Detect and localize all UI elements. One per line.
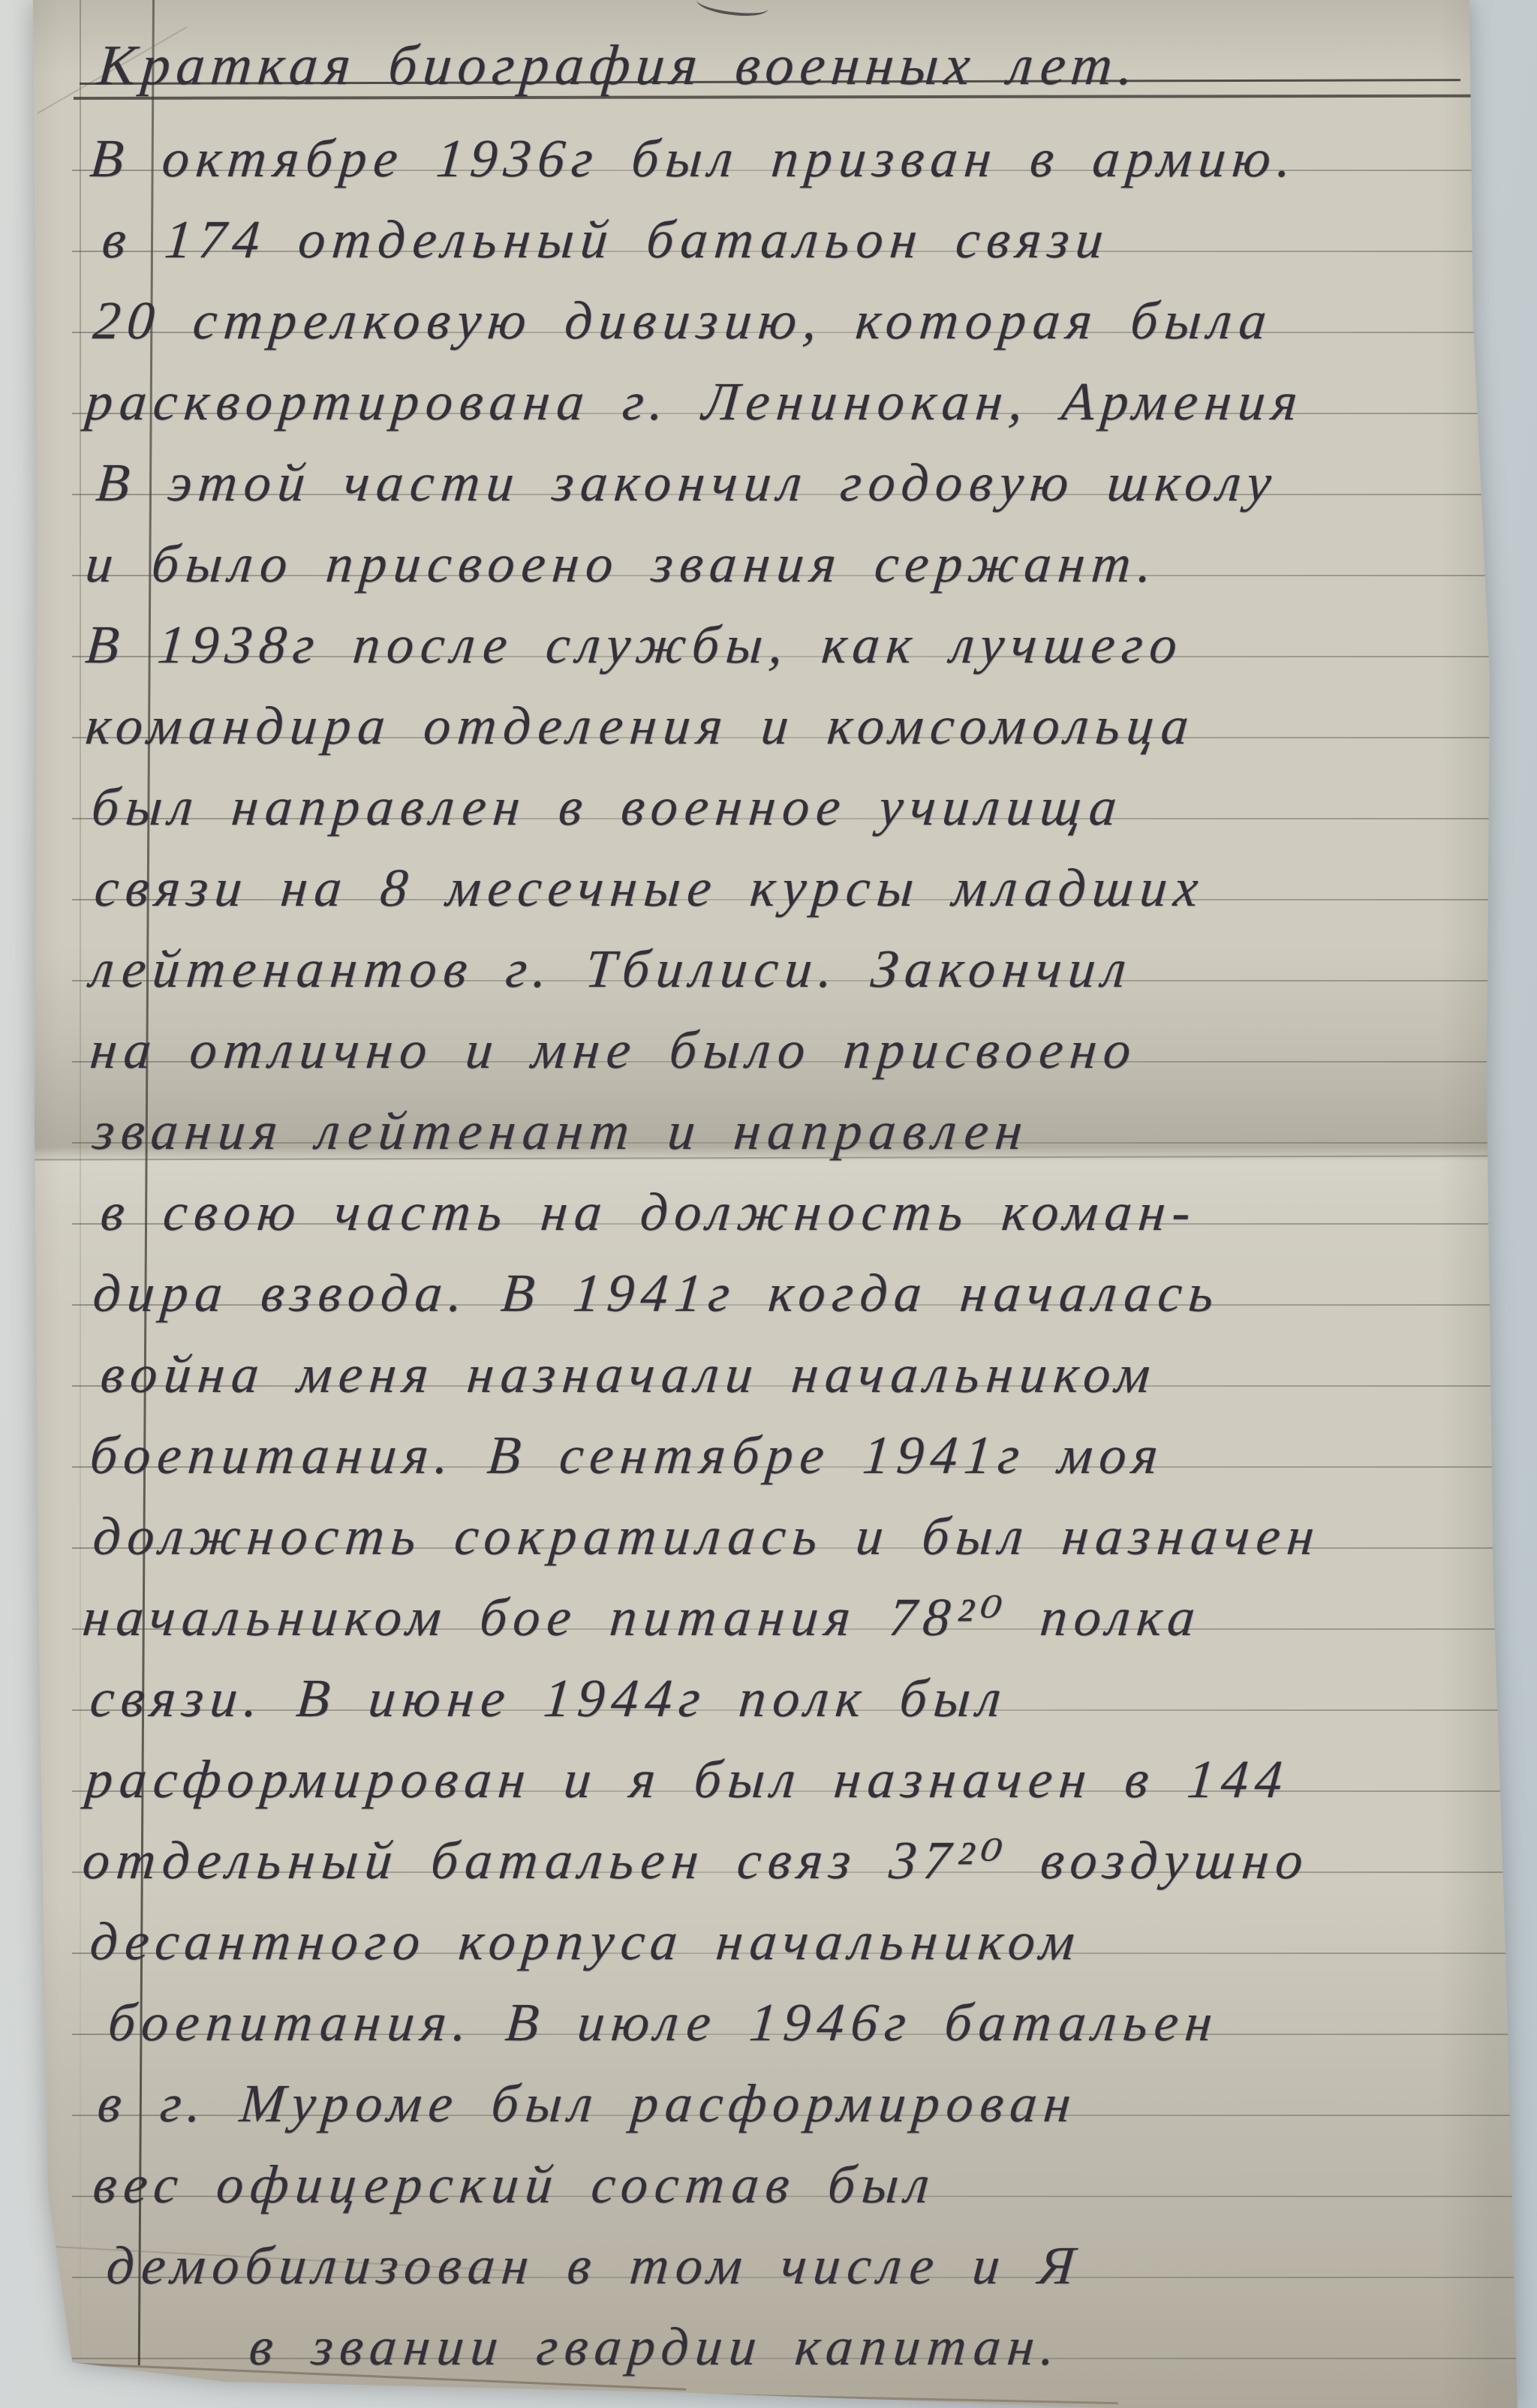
handwritten-line-9: был направлен в военное училища bbox=[90, 768, 1126, 828]
handwritten-line-2: в 174 отдельный батальон связи bbox=[101, 201, 1113, 261]
handwritten-line-12: на отлично и мне было присвоено bbox=[89, 1012, 1141, 1072]
handwritten-line-6: и было присвоено звания сержант. bbox=[84, 525, 1162, 585]
handwritten-line-7: В 1938г после службы, как лучшего bbox=[84, 606, 1187, 666]
handwritten-line-5: В этой части закончил годовую школу bbox=[95, 444, 1281, 504]
handwritten-line-24: боепитания. В июле 1946г батальен bbox=[107, 1984, 1222, 2044]
handwritten-line-4: расквортирована г. Ленинокан, Армения bbox=[84, 363, 1307, 423]
handwritten-line-26: вес офицерский состав был bbox=[92, 2146, 939, 2206]
handwritten-line-22: отдельный батальен связ 37²⁰ воздушно bbox=[81, 1822, 1313, 1882]
notebook-page: Краткая биография военных лет. В октябре… bbox=[0, 0, 1537, 2408]
handwritten-line-18: должность сократилась и был назначен bbox=[92, 1498, 1324, 1558]
torn-bottom-edge bbox=[218, 2383, 1118, 2404]
paper-shadow-wrap: Краткая биография военных лет. В октябре… bbox=[0, 0, 1537, 2408]
handwritten-line-13: звания лейтенант и направлен bbox=[92, 1093, 1032, 1153]
handwritten-line-8: командира отделения и комсомольца bbox=[84, 687, 1199, 747]
handwritten-line-17: боепитания. В сентябре 1941г моя bbox=[89, 1417, 1168, 1477]
handwritten-line-19: начальником бое питания 78²⁰ полка bbox=[81, 1579, 1205, 1639]
handwritten-line-14: в свою часть на должность коман- bbox=[99, 1174, 1200, 1234]
photo-of-handwritten-page: Краткая биография военных лет. В октябре… bbox=[0, 0, 1537, 2408]
handwritten-line-16: война меня назначали начальником bbox=[99, 1336, 1160, 1396]
left-page-crease bbox=[80, 0, 81, 2356]
handwritten-line-25: в г. Муроме был расформирован bbox=[96, 2065, 1081, 2125]
handwritten-line-1: В октябре 1936г был призван в армию. bbox=[89, 120, 1301, 180]
handwritten-line-20: связи. В июне 1944г полк был bbox=[89, 1660, 1011, 1720]
handwritten-line-27: демобилизован в том числе и Я bbox=[105, 2227, 1084, 2287]
handwritten-line-23: десантного корпуса начальником bbox=[89, 1903, 1084, 1963]
handwritten-line-10: связи на 8 месечные курсы младших bbox=[93, 849, 1208, 909]
cut-off-ink-stroke bbox=[696, 0, 770, 20]
handwritten-line-21: расформирован и я был назначен в 144 bbox=[84, 1741, 1292, 1801]
page-title: Краткая биография военных лет. bbox=[96, 27, 1142, 87]
handwritten-line-11: лейтенантов г. Тбилиси. Закончил bbox=[89, 930, 1136, 991]
handwritten-line-3: 20 стрелковую дивизию, которая была bbox=[92, 282, 1277, 342]
handwritten-line-15: дира взвода. В 1941г когда началась bbox=[92, 1255, 1223, 1315]
handwritten-line-28: в звании гвардии капитан. bbox=[248, 2308, 1065, 2368]
